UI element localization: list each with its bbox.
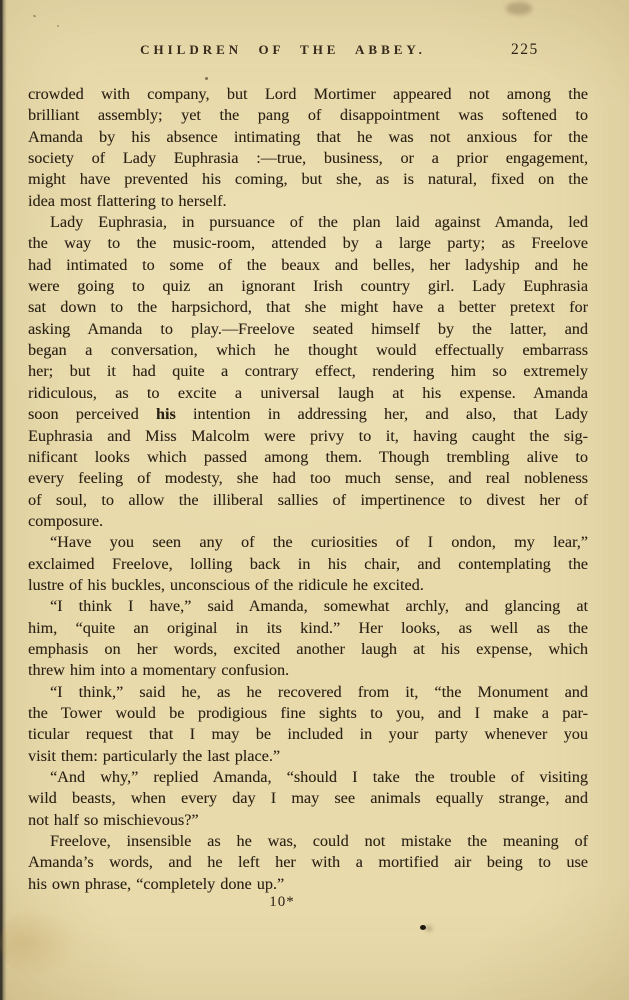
- text-line: her; but it had quite a contrary effect,…: [28, 361, 588, 382]
- paragraph: “Have you seen any of the curiosities of…: [28, 532, 588, 596]
- text-line: were going to quiz an ignorant Irish cou…: [28, 276, 588, 297]
- text-line: ticular request that I may be included i…: [28, 724, 588, 745]
- ink-speck: [33, 14, 37, 17]
- paragraph: Freelove, insensible as he was, could no…: [28, 831, 588, 895]
- text-line: began a conversation, which he thought w…: [28, 340, 588, 361]
- scan-edge: [0, 0, 7, 1000]
- text-line: Freelove, insensible as he was, could no…: [28, 831, 588, 852]
- text-line: exclaimed Freelove, lolling back in his …: [28, 554, 588, 575]
- text-line: every feeling of modesty, she had too mu…: [28, 468, 588, 489]
- text-line: the Tower would be prodigious fine sight…: [28, 703, 588, 724]
- text-line: “Have you seen any of the curiosities of…: [28, 532, 588, 553]
- paragraph: “I think I have,” said Amanda, somewhat …: [28, 596, 588, 681]
- header-title: CHILDREN OF THE ABBEY.: [140, 42, 426, 57]
- text-line: society of Lady Euphrasia :—true, busine…: [28, 148, 588, 169]
- text-line: sat down to the harpsichord, that she mi…: [28, 297, 588, 318]
- text-line: visit them: particularly the last place.…: [28, 746, 588, 767]
- ink-speck: [420, 925, 426, 930]
- text-line: soon perceived his intention in addressi…: [28, 404, 588, 425]
- book-page-scan: CHILDREN OF THE ABBEY. 225 crowded with …: [0, 0, 629, 1000]
- page-body: crowded with company, but Lord Mortimer …: [28, 84, 588, 895]
- text-line: Euphrasia and Miss Malcolm were privy to…: [28, 426, 588, 447]
- text-line: “I think,” said he, as he recovered from…: [28, 682, 588, 703]
- paragraph: Lady Euphrasia, in pursuance of the plan…: [28, 212, 588, 532]
- text-line: brilliant assembly; yet the pang of disa…: [28, 105, 588, 126]
- text-line: had intimated to some of the beaux and b…: [28, 255, 588, 276]
- ink-smudge: [506, 2, 532, 15]
- text-line: might have prevented his coming, but she…: [28, 169, 588, 190]
- text-line: “I think I have,” said Amanda, somewhat …: [28, 596, 588, 617]
- text-line: “And why,” replied Amanda, “should I tak…: [28, 767, 588, 788]
- paragraph: “And why,” replied Amanda, “should I tak…: [28, 767, 588, 831]
- text-line: him, “quite an original in its kind.” He…: [28, 618, 588, 639]
- text-line: the way to the music-room, attended by a…: [28, 233, 588, 254]
- ink-speck: [57, 25, 59, 27]
- text-line: wild beasts, when every day I may see an…: [28, 788, 588, 809]
- text-line: asking Amanda to play.—Freelove seated h…: [28, 319, 588, 340]
- paper-stain: [0, 908, 80, 978]
- ink-speck: [205, 77, 208, 80]
- text-line: of soul, to allow the illiberal sallies …: [28, 490, 588, 511]
- running-header: CHILDREN OF THE ABBEY.: [0, 42, 566, 58]
- signature-mark: 10*: [269, 894, 295, 911]
- paragraph: crowded with company, but Lord Mortimer …: [28, 84, 588, 212]
- text-line: crowded with company, but Lord Mortimer …: [28, 84, 588, 105]
- text-line: threw him into a momentary confusion.: [28, 660, 588, 681]
- paragraph: “I think,” said he, as he recovered from…: [28, 682, 588, 767]
- text-line: nificant looks which passed among them. …: [28, 447, 588, 468]
- text-line: emphasis on her words, excited another l…: [28, 639, 588, 660]
- text-line: not half so mischievous?”: [28, 810, 588, 831]
- text-line: composure.: [28, 511, 588, 532]
- text-line: his own phrase, “completely done up.”: [28, 874, 588, 895]
- text-line: idea most flattering to herself.: [28, 191, 588, 212]
- text-line: Amanda by his absence intimating that he…: [28, 127, 588, 148]
- page-number: 225: [511, 41, 539, 59]
- text-line: ridiculous, as to excite a universal lau…: [28, 383, 588, 404]
- text-line: lustre of his buckles, unconscious of th…: [28, 575, 588, 596]
- text-line: Amanda’s words, and he left her with a m…: [28, 852, 588, 873]
- text-line: Lady Euphrasia, in pursuance of the plan…: [28, 212, 588, 233]
